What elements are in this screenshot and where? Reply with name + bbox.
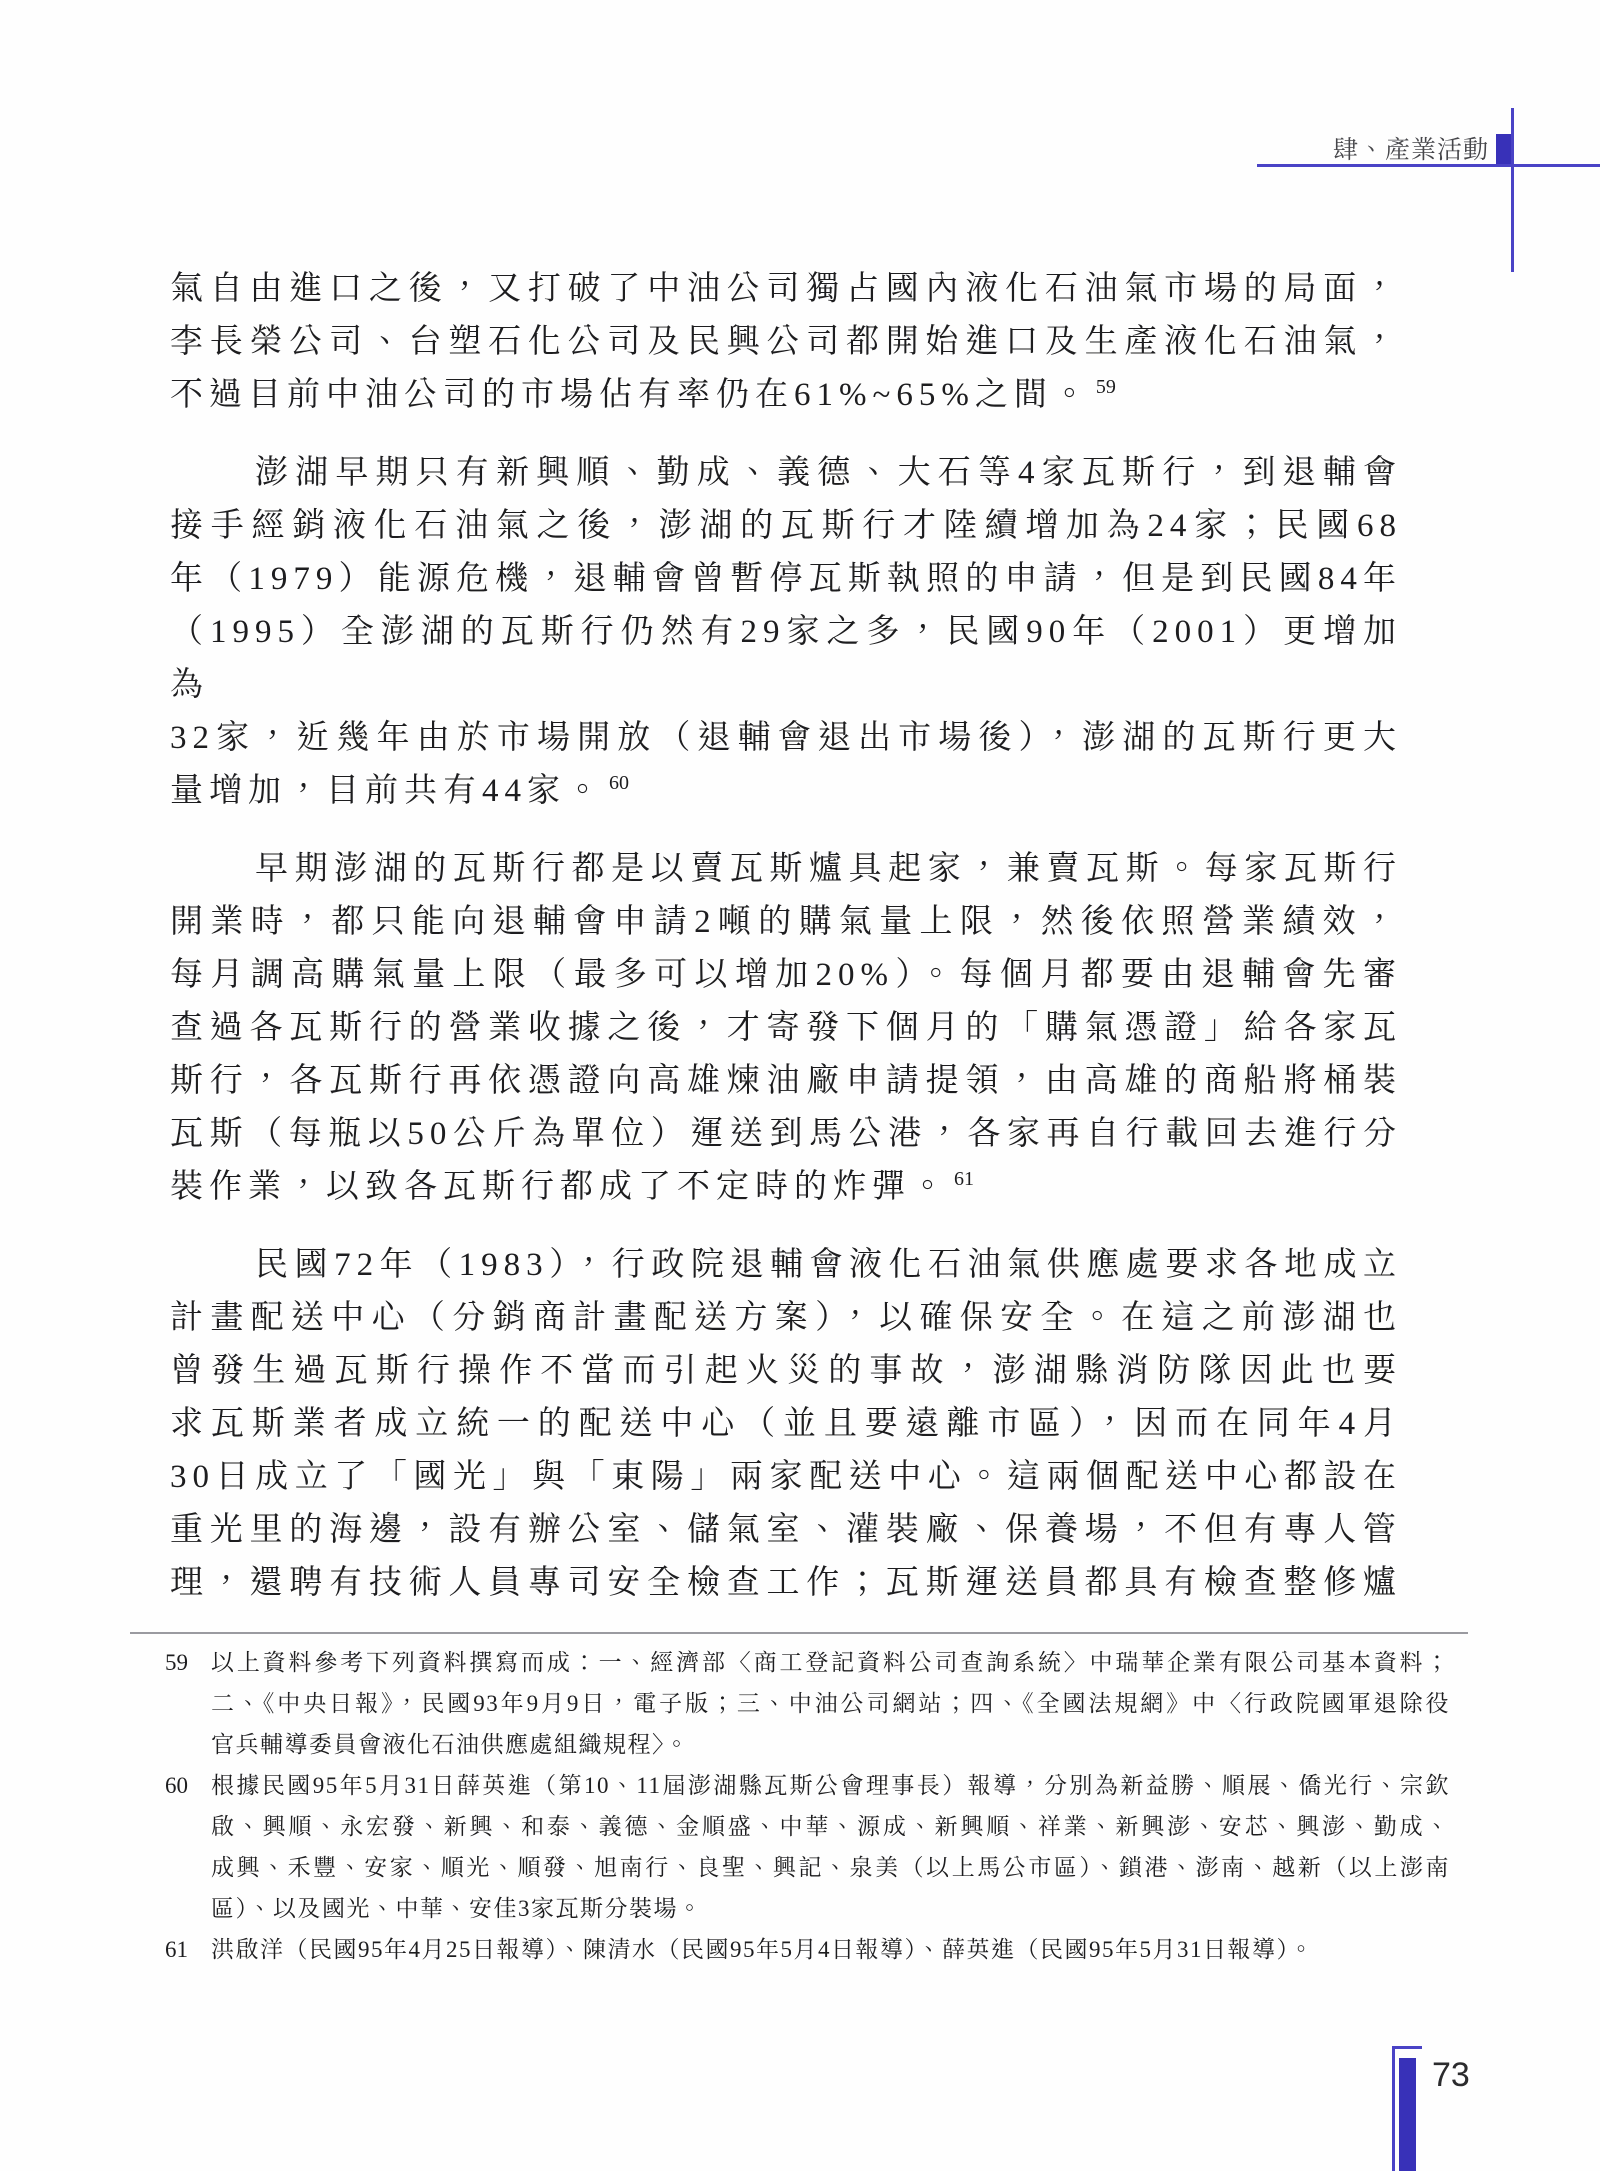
- text-line: 30日成立了「國光」與「東陽」兩家配送中心。這兩個配送中心都設在: [170, 1451, 1402, 1504]
- text-line-content: 量增加，目前共有44家。: [170, 773, 605, 809]
- text-line-content: 裝作業，以致各瓦斯行都成了不定時的炸彈。: [170, 1169, 950, 1205]
- text-line: 澎湖早期只有新興順、勤成、義德、大石等4家瓦斯行，到退輔會: [170, 447, 1402, 500]
- text-line-content: 計畫配送中心（分銷商計畫配送方案），以確保安全。在這之前澎湖也: [170, 1300, 1402, 1336]
- footnotes: 59以上資料參考下列資料撰寫而成：一、經濟部〈商工登記資料公司查詢系統〉中瑞華企…: [165, 1642, 1450, 1970]
- text-line-content: 李長榮公司、台塑石化公司及民興公司都開始進口及生產液化石油氣，: [170, 324, 1402, 360]
- body-paragraph: 澎湖早期只有新興順、勤成、義德、大石等4家瓦斯行，到退輔會接手經銷液化石油氣之後…: [170, 447, 1402, 818]
- text-line-content: 查過各瓦斯行的營業收據之後，才寄發下個月的「購氣憑證」給各家瓦: [170, 1010, 1402, 1046]
- scanned-book-page: 肆、產業活動 氣自由進口之後，又打破了中油公司獨占國內液化石油氣市場的局面，李長…: [0, 0, 1600, 2171]
- footer-horizontal-rule: [1392, 2046, 1422, 2049]
- text-line-content: （1995）全澎湖的瓦斯行仍然有29家之多，民國90年（2001）更增加為: [170, 614, 1402, 703]
- footnote-line: 洪啟洋（民國95年4月25日報導）、陳清水（民國95年5月4日報導）、薛英進（民…: [211, 1929, 1450, 1970]
- text-line-content: 不過目前中油公司的市場佔有率仍在61%~65%之間。: [170, 377, 1092, 413]
- text-line: 每月調高購氣量上限（最多可以增加20%）。每個月都要由退輔會先審: [170, 949, 1402, 1002]
- text-line: 求瓦斯業者成立統一的配送中心（並且要遠離市區），因而在同年4月: [170, 1398, 1402, 1451]
- text-line: 早期澎湖的瓦斯行都是以賣瓦斯爐具起家，兼賣瓦斯。每家瓦斯行: [170, 843, 1402, 896]
- text-line: 32家，近幾年由於市場開放（退輔會退出市場後），澎湖的瓦斯行更大: [170, 712, 1402, 765]
- body-text: 氣自由進口之後，又打破了中油公司獨占國內液化石油氣市場的局面，李長榮公司、台塑石…: [170, 263, 1402, 1610]
- text-line-content: 32家，近幾年由於市場開放（退輔會退出市場後），澎湖的瓦斯行更大: [170, 720, 1402, 756]
- footnote-line: 官兵輔導委員會液化石油供應處組織規程〉。: [211, 1724, 1450, 1765]
- text-line: 量增加，目前共有44家。60: [170, 765, 1402, 818]
- section-title: 肆、產業活動: [1333, 130, 1489, 166]
- text-line: 斯行，各瓦斯行再依憑證向高雄煉油廠申請提領，由高雄的商船將桶裝: [170, 1055, 1402, 1108]
- text-line-content: 求瓦斯業者成立統一的配送中心（並且要遠離市區），因而在同年4月: [170, 1406, 1402, 1442]
- text-line: 年（1979）能源危機，退輔會曾暫停瓦斯執照的申請，但是到民國84年: [170, 553, 1402, 606]
- footnote-line: 根據民國95年5月31日薛英進（第10、11屆澎湖縣瓦斯公會理事長）報導，分別為…: [211, 1765, 1450, 1806]
- text-line-content: 理，還聘有技術人員專司安全檢查工作；瓦斯運送員都具有檢查整修爐: [170, 1565, 1402, 1601]
- text-line-content: 30日成立了「國光」與「東陽」兩家配送中心。這兩個配送中心都設在: [170, 1459, 1402, 1495]
- header-horizontal-rule: [1257, 164, 1600, 167]
- text-line-content: 瓦斯（每瓶以50公斤為單位）運送到馬公港，各家再自行載回去進行分: [170, 1116, 1402, 1152]
- footer-accent-bar: [1399, 2058, 1416, 2171]
- footnote-ref: 60: [609, 772, 629, 794]
- body-paragraph: 民國72年（1983），行政院退輔會液化石油氣供應處要求各地成立計畫配送中心（分…: [170, 1239, 1402, 1610]
- text-line-content: 接手經銷液化石油氣之後，澎湖的瓦斯行才陸續增加為24家；民國68: [170, 508, 1402, 544]
- text-line-content: 曾發生過瓦斯行操作不當而引起火災的事故，澎湖縣消防隊因此也要: [170, 1353, 1402, 1389]
- text-line: 氣自由進口之後，又打破了中油公司獨占國內液化石油氣市場的局面，: [170, 263, 1402, 316]
- text-line-content: 斯行，各瓦斯行再依憑證向高雄煉油廠申請提領，由高雄的商船將桶裝: [170, 1063, 1402, 1099]
- text-line-content: 開業時，都只能向退輔會申請2噸的購氣量上限，然後依照營業績效，: [170, 904, 1402, 940]
- footnote-line: 以上資料參考下列資料撰寫而成：一、經濟部〈商工登記資料公司查詢系統〉中瑞華企業有…: [211, 1642, 1450, 1683]
- footnote-line: 二、《中央日報》，民國93年9月9日，電子版；三、中油公司網站；四、《全國法規網…: [211, 1683, 1450, 1724]
- footnote-number: 61: [165, 1929, 188, 1970]
- footnote-line: 區）、以及國光、中華、安佳3家瓦斯分裝場。: [211, 1888, 1450, 1929]
- page-number: 73: [1432, 2056, 1470, 2095]
- body-paragraph: 氣自由進口之後，又打破了中油公司獨占國內液化石油氣市場的局面，李長榮公司、台塑石…: [170, 263, 1402, 422]
- text-line: 裝作業，以致各瓦斯行都成了不定時的炸彈。61: [170, 1161, 1402, 1214]
- text-line: 重光里的海邊，設有辦公室、儲氣室、灌裝廠、保養場，不但有專人管: [170, 1504, 1402, 1557]
- footnote-ref: 59: [1096, 376, 1116, 398]
- footer-vertical-rule: [1392, 2046, 1395, 2171]
- text-line: 開業時，都只能向退輔會申請2噸的購氣量上限，然後依照營業績效，: [170, 896, 1402, 949]
- text-line: 民國72年（1983），行政院退輔會液化石油氣供應處要求各地成立: [170, 1239, 1402, 1292]
- footnote-ref: 61: [954, 1168, 974, 1190]
- footnote: 60根據民國95年5月31日薛英進（第10、11屆澎湖縣瓦斯公會理事長）報導，分…: [165, 1765, 1450, 1929]
- footnote-number: 60: [165, 1765, 188, 1806]
- text-line: 曾發生過瓦斯行操作不當而引起火災的事故，澎湖縣消防隊因此也要: [170, 1345, 1402, 1398]
- text-line-content: 澎湖早期只有新興順、勤成、義德、大石等4家瓦斯行，到退輔會: [255, 455, 1402, 491]
- text-line: 李長榮公司、台塑石化公司及民興公司都開始進口及生產液化石油氣，: [170, 316, 1402, 369]
- text-line: 接手經銷液化石油氣之後，澎湖的瓦斯行才陸續增加為24家；民國68: [170, 500, 1402, 553]
- text-line-content: 民國72年（1983），行政院退輔會液化石油氣供應處要求各地成立: [255, 1247, 1402, 1283]
- footnote: 61洪啟洋（民國95年4月25日報導）、陳清水（民國95年5月4日報導）、薛英進…: [165, 1929, 1450, 1970]
- text-line: 瓦斯（每瓶以50公斤為單位）運送到馬公港，各家再自行載回去進行分: [170, 1108, 1402, 1161]
- text-line: 計畫配送中心（分銷商計畫配送方案），以確保安全。在這之前澎湖也: [170, 1292, 1402, 1345]
- text-line: 查過各瓦斯行的營業收據之後，才寄發下個月的「購氣憑證」給各家瓦: [170, 1002, 1402, 1055]
- text-line-content: 每月調高購氣量上限（最多可以增加20%）。每個月都要由退輔會先審: [170, 957, 1402, 993]
- text-line: （1995）全澎湖的瓦斯行仍然有29家之多，民國90年（2001）更增加為: [170, 606, 1402, 712]
- text-line-content: 早期澎湖的瓦斯行都是以賣瓦斯爐具起家，兼賣瓦斯。每家瓦斯行: [255, 851, 1402, 887]
- text-line-content: 氣自由進口之後，又打破了中油公司獨占國內液化石油氣市場的局面，: [170, 271, 1402, 307]
- footnote-line: 成興、禾豐、安家、順光、順發、旭南行、良聖、興記、泉美（以上馬公市區）、鎖港、澎…: [211, 1847, 1450, 1888]
- footnote-line: 啟、興順、永宏發、新興、和泰、義德、金順盛、中華、源成、新興順、祥業、新興澎、安…: [211, 1806, 1450, 1847]
- footnote: 59以上資料參考下列資料撰寫而成：一、經濟部〈商工登記資料公司查詢系統〉中瑞華企…: [165, 1642, 1450, 1765]
- text-line-content: 年（1979）能源危機，退輔會曾暫停瓦斯執照的申請，但是到民國84年: [170, 561, 1402, 597]
- text-line-content: 重光里的海邊，設有辦公室、儲氣室、灌裝廠、保養場，不但有專人管: [170, 1512, 1402, 1548]
- footnote-separator-rule: [130, 1632, 1468, 1634]
- text-line: 理，還聘有技術人員專司安全檢查工作；瓦斯運送員都具有檢查整修爐: [170, 1557, 1402, 1610]
- header-vertical-rule: [1511, 108, 1514, 272]
- footnote-number: 59: [165, 1642, 188, 1683]
- body-paragraph: 早期澎湖的瓦斯行都是以賣瓦斯爐具起家，兼賣瓦斯。每家瓦斯行開業時，都只能向退輔會…: [170, 843, 1402, 1214]
- text-line: 不過目前中油公司的市場佔有率仍在61%~65%之間。59: [170, 369, 1402, 422]
